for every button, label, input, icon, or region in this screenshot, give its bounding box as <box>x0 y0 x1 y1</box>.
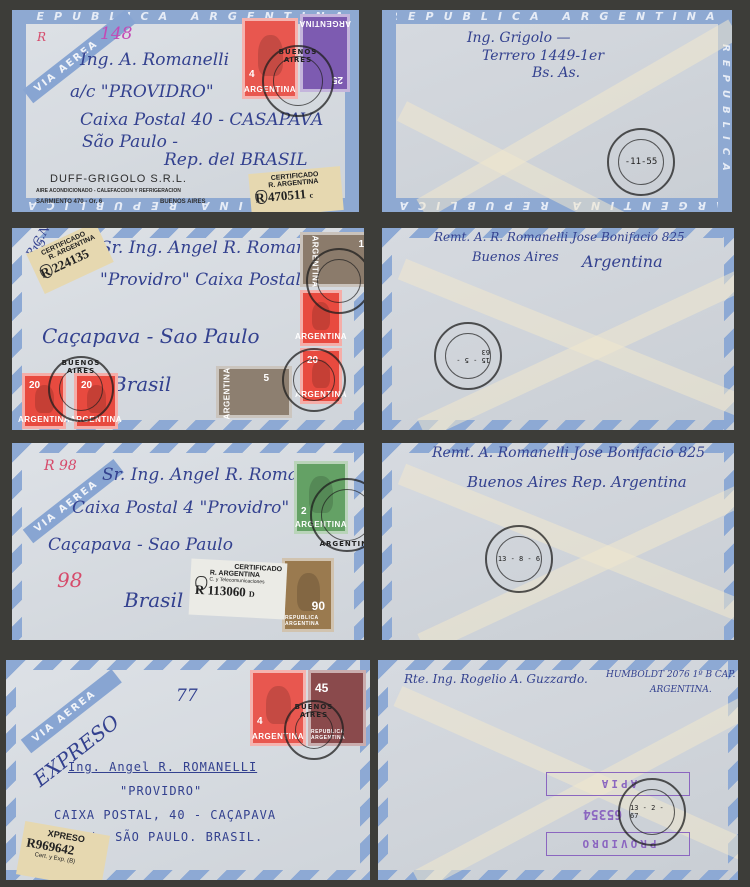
annotation: R <box>37 30 46 44</box>
envelope-4-front: VIA AEREA EXPRESO 77 Ing. Angel R. ROMAN… <box>6 660 370 880</box>
return-address: Rte. Ing. Rogelio A. Guzzardo. <box>404 672 588 686</box>
envelope-3-back: Remt. A. Romanelli Jose Bonifacio 825 Bu… <box>382 443 734 640</box>
return-address: Remt. A. R. Romanelli Jose Bonifacio 825 <box>434 230 685 244</box>
envelope-1-front: REPUBLICA ARGENTINA ARGENTINA REPUBLICA … <box>12 10 359 212</box>
address-line: Caçapava - Sao Paulo <box>48 535 233 555</box>
postmark: -11-55 <box>607 128 675 196</box>
sender-address: SARMIENTO 470 - Or. 6 <box>36 199 102 205</box>
sender-city: BUENOS AIRES <box>160 199 205 205</box>
stamp: 90 REPUBLICA ARGENTINA <box>282 558 334 632</box>
annotation: R 98 <box>44 458 77 474</box>
postmark: 15 - 5 - 63 <box>434 322 502 390</box>
sender-tagline: AIRE ACONDICIONADO - CALEFACCION Y REFRI… <box>36 188 181 194</box>
postmark: 13 - 2 - 67 <box>618 778 686 846</box>
return-address: Remt. A. Romanelli Jose Bonifacio 825 <box>432 445 705 461</box>
address-line: São Paulo - <box>82 132 178 152</box>
address-line: Brasil <box>112 372 171 396</box>
envelope-3-front: VIA AEREA R 98 98 Sr. Ing. Angel R. Roma… <box>12 443 364 640</box>
envelope-2-front: R.C.N 215 Sr. Ing. Angel R. Romanelli "P… <box>12 228 364 430</box>
address-line: Ing. A. Romanelli <box>80 50 229 70</box>
postmark: BUENOS AIRES <box>262 45 334 117</box>
return-address: HUMBOLDT 2076 1º B CAP. FED. <box>606 670 738 680</box>
envelope-4-back: Rte. Ing. Rogelio A. Guzzardo. HUMBOLDT … <box>378 660 738 880</box>
postmark: 13 - 8 - 6 <box>485 525 553 593</box>
address-line: "Providro" Caixa Postal 40 <box>100 270 328 290</box>
postmark: BUENOS AIRES <box>48 356 114 422</box>
annotation: 148 <box>100 24 132 44</box>
receiving-mark: 65354 <box>583 806 622 821</box>
address-line: Rep. del BRASIL <box>164 150 308 170</box>
return-address: Buenos Aires Rep. Argentina <box>467 473 687 491</box>
address-line: Caçapava - Sao Paulo <box>42 324 260 348</box>
return-address: Bs. As. <box>532 65 580 81</box>
address-line: a/c "PROVIDRO" <box>70 82 214 102</box>
address-line: CAIXA POSTAL, 40 - CAÇAPAVA <box>54 808 276 822</box>
registration-label: CERTIFICADO R. ARGENTINA R 470511 c <box>248 166 343 212</box>
annotation: 77 <box>176 686 198 706</box>
envelope-1-back: REPUBLICA ARGENTINA ARGENTINA REPUBLICA … <box>382 10 732 212</box>
postmark <box>306 248 364 314</box>
address-line: Sr. Ing. Angel R. Romanelli <box>100 238 333 258</box>
return-address: Argentina <box>582 252 663 271</box>
sender-company: DUFF-GRIGOLO S.R.L. <box>50 173 187 185</box>
address-line: Brasil <box>124 588 183 612</box>
address-line: Caixa Postal 4 "Providro" <box>72 498 289 518</box>
registration-label: CERTIFICADO R. ARGENTINA C. y Telecomuni… <box>189 559 288 620</box>
address-line: "PROVIDRO" <box>120 784 202 798</box>
stamp: 5 ARGENTINA <box>216 366 292 418</box>
return-address: Buenos Aires <box>472 250 559 265</box>
return-address: Ing. Grigolo — <box>467 30 571 46</box>
return-address: ARGENTINA. <box>650 685 712 695</box>
postmark <box>282 348 346 412</box>
envelope-2-back: Remt. A. R. Romanelli Jose Bonifacio 825… <box>382 228 734 430</box>
return-address: Terrero 1449-1er <box>482 48 604 64</box>
address-line: Ing. Angel R. ROMANELLI <box>68 760 257 774</box>
postmark: BUENOS AIRES <box>284 700 344 760</box>
annotation: 98 <box>57 568 82 592</box>
